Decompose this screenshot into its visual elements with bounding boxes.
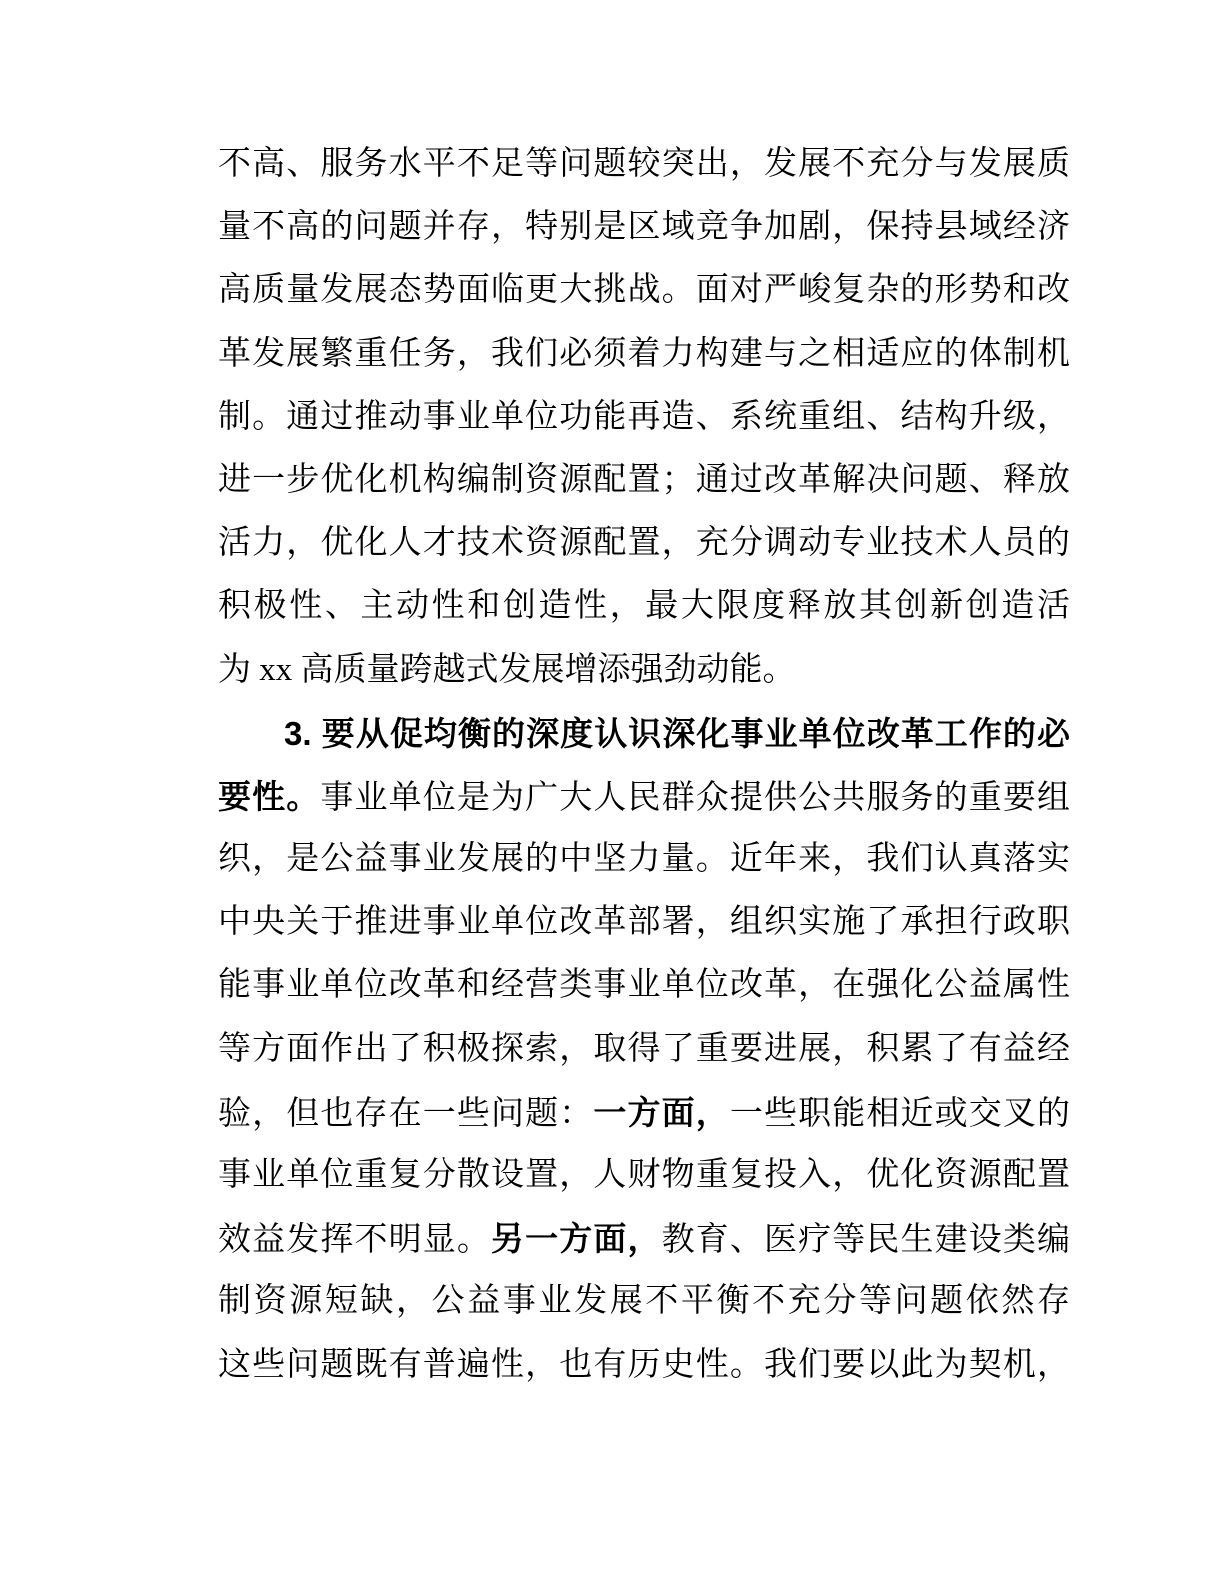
text-line: 制。通过推动事业单位功能再造、系统重组、结构升级，: [218, 386, 1070, 449]
text-line: 进一步优化机构编制资源配置；通过改革解决问题、释放: [218, 449, 1070, 512]
body-text-segment: 这些问题既有普遍性，也有历史性。我们要以此为契机，: [218, 1347, 1070, 1383]
text-line: 积极性、主动性和创造性，最大限度释放其创新创造活力，: [218, 575, 1070, 638]
text-line: 3. 要从促均衡的深度认识深化事业单位改革工作的必: [218, 702, 1070, 765]
body-text-segment: 一些职能相近或交叉的: [730, 1096, 1070, 1132]
text-line: 活力，优化人才技术资源配置，充分调动专业技术人员的: [218, 512, 1070, 575]
body-text-segment: 为 xx 高质量跨越式发展增添强劲动能。: [218, 652, 796, 688]
text-line: 为 xx 高质量跨越式发展增添强劲动能。: [218, 639, 1070, 702]
bold-text-segment: 另一方面，: [491, 1220, 662, 1257]
text-line: 等方面作出了积极探索，取得了重要进展，积累了有益经: [218, 1018, 1070, 1081]
text-line: 要性。事业单位是为广大人民群众提供公共服务的重要组: [218, 765, 1070, 828]
body-text-segment: 制。通过推动事业单位功能再造、系统重组、结构升级，: [218, 399, 1070, 435]
body-text-segment: 事业单位是为广大人民群众提供公共服务的重要组: [320, 780, 1070, 816]
text-line: 制资源短缺，公益事业发展不平衡不充分等问题依然存在。: [218, 1270, 1070, 1333]
body-text-segment: 不高、服务水平不足等问题较突出，发展不充分与发展质: [218, 146, 1070, 182]
text-line: 验，但也存在一些问题：一方面，一些职能相近或交叉的: [218, 1081, 1070, 1144]
text-line: 革发展繁重任务，我们必须着力构建与之相适应的体制机: [218, 323, 1070, 386]
body-text-segment: 事业单位重复分散设置，人财物重复投入，优化资源配置: [218, 1157, 1070, 1193]
bold-text-segment: 3. 要从促均衡的深度认识深化事业单位改革工作的必: [284, 715, 1070, 752]
page-text: 不高、服务水平不足等问题较突出，发展不充分与发展质量不高的问题并存，特别是区域竞…: [218, 133, 1070, 1397]
body-text-segment: 革发展繁重任务，我们必须着力构建与之相适应的体制机: [218, 336, 1070, 372]
text-line: 能事业单位改革和经营类事业单位改革，在强化公益属性: [218, 954, 1070, 1017]
body-text-segment: 高质量发展态势面临更大挑战。面对严峻复杂的形势和改: [218, 272, 1070, 308]
body-text-segment: 效益发挥不明显。: [218, 1222, 491, 1258]
text-line: 这些问题既有普遍性，也有历史性。我们要以此为契机，: [218, 1334, 1070, 1397]
text-line: 高质量发展态势面临更大挑战。面对严峻复杂的形势和改: [218, 259, 1070, 322]
document-page: 不高、服务水平不足等问题较突出，发展不充分与发展质量不高的问题并存，特别是区域竞…: [0, 0, 1224, 1584]
text-line: 织，是公益事业发展的中坚力量。近年来，我们认真落实: [218, 828, 1070, 891]
text-line: 效益发挥不明显。另一方面，教育、医疗等民生建设类编: [218, 1207, 1070, 1270]
body-text-segment: 教育、医疗等民生建设类编: [662, 1222, 1070, 1258]
text-line: 量不高的问题并存，特别是区域竞争加剧，保持县域经济: [218, 196, 1070, 259]
body-text-segment: 织，是公益事业发展的中坚力量。近年来，我们认真落实: [218, 841, 1070, 877]
body-text-segment: 能事业单位改革和经营类事业单位改革，在强化公益属性: [218, 967, 1070, 1003]
text-line: 中央关于推进事业单位改革部署，组织实施了承担行政职: [218, 891, 1070, 954]
body-text-segment: 积极性、主动性和创造性，最大限度释放其创新创造活力，: [218, 588, 1070, 638]
body-text-segment: 量不高的问题并存，特别是区域竞争加剧，保持县域经济: [218, 209, 1070, 245]
bold-text-segment: 要性。: [218, 778, 320, 815]
body-text-segment: 进一步优化机构编制资源配置；通过改革解决问题、释放: [218, 462, 1070, 498]
text-line: 不高、服务水平不足等问题较突出，发展不充分与发展质: [218, 133, 1070, 196]
body-text-segment: 等方面作出了积极探索，取得了重要进展，积累了有益经: [218, 1031, 1070, 1067]
bold-text-segment: 一方面，: [593, 1094, 730, 1131]
body-text-segment: 制资源短缺，公益事业发展不平衡不充分等问题依然存在。: [218, 1283, 1070, 1333]
body-text-segment: 活力，优化人才技术资源配置，充分调动专业技术人员的: [218, 525, 1070, 561]
body-text-segment: 中央关于推进事业单位改革部署，组织实施了承担行政职: [218, 904, 1070, 940]
body-text-segment: 验，但也存在一些问题：: [218, 1096, 593, 1132]
text-line: 事业单位重复分散设置，人财物重复投入，优化资源配置: [218, 1144, 1070, 1207]
